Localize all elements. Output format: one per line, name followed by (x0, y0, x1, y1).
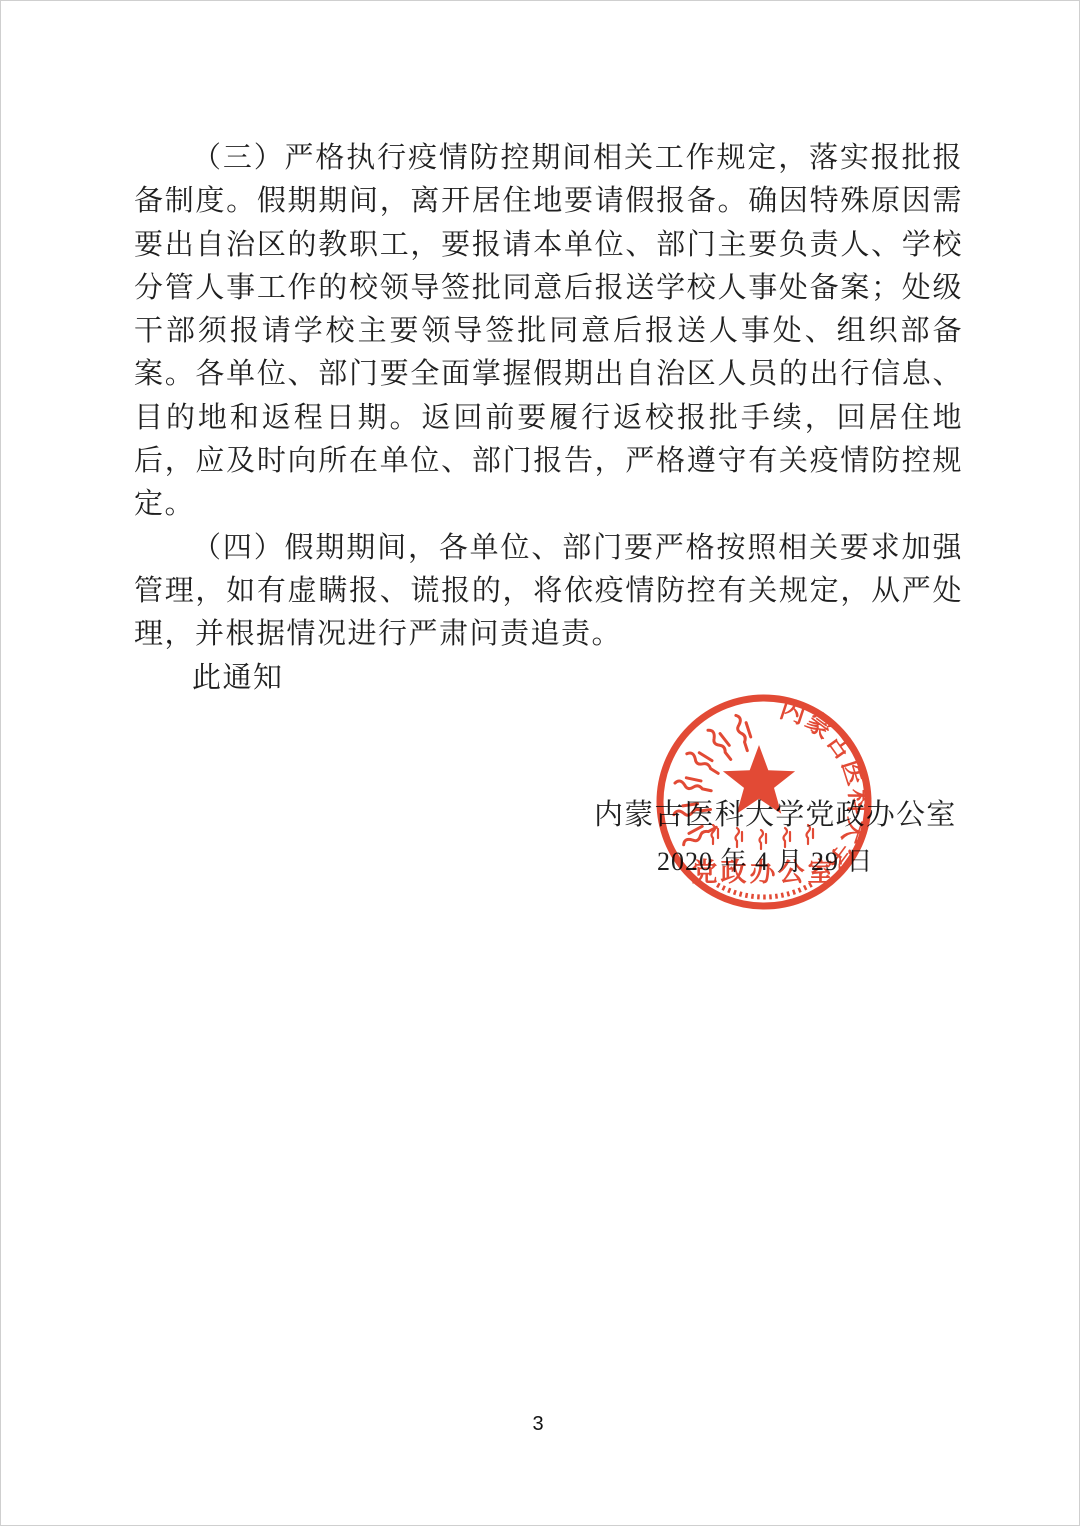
mongolian-script-center (712, 825, 814, 849)
official-seal: 内蒙古医科大学 党政办公室 (651, 689, 877, 915)
star-icon (723, 745, 795, 814)
paragraph-item-4: （四）假期期间，各单位、部门要严格按照相关要求加强管理，如有虚瞒报、谎报的，将依… (134, 527, 963, 657)
page-number: 3 (1, 1413, 1075, 1436)
document-page: （三）严格执行疫情防控期间相关工作规定，落实报批报备制度。假期期间，离开居住地要… (0, 0, 1080, 1526)
paragraph-item-3: （三）严格执行疫情防控期间相关工作规定，落实报批报备制度。假期期间，离开居住地要… (134, 137, 963, 527)
document-body: （三）严格执行疫情防控期间相关工作规定，落实报批报备制度。假期期间，离开居住地要… (134, 137, 963, 700)
seal-office-text: 党政办公室 (691, 858, 836, 887)
